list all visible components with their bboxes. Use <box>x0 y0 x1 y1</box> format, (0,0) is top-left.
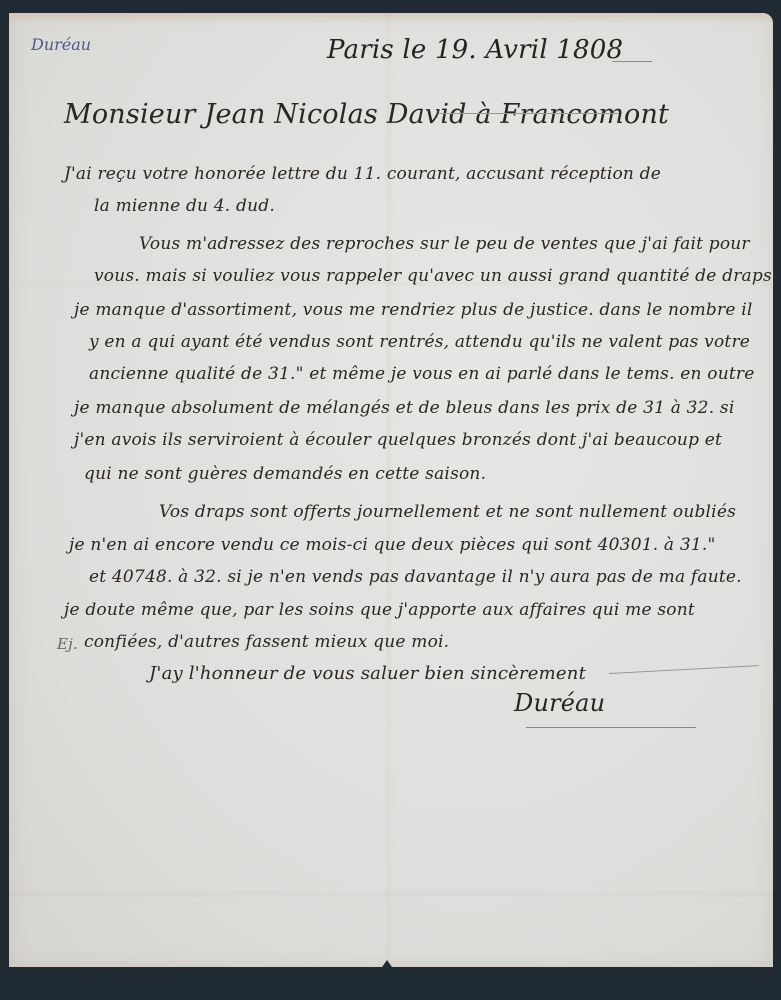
salutation: Monsieur Jean Nicolas David à Francomont <box>64 99 669 130</box>
body-line: je manque absolument de mélangés et de b… <box>74 397 734 419</box>
body-line: la mienne du 4. dud. <box>94 195 275 217</box>
margin-mark: Ej. <box>57 635 78 653</box>
closing-flourish <box>609 665 759 674</box>
dateline: Paris le 19. Avril 1808 <box>327 35 623 65</box>
archive-annotation: Duréau <box>31 35 91 54</box>
body-line: et 40748. à 32. si je n'en vends pas dav… <box>89 566 742 588</box>
body-line: j'en avois ils serviroient à écouler que… <box>74 429 722 451</box>
body-line: vous. mais si vouliez vous rappeler qu'a… <box>94 265 772 287</box>
dateline-underline <box>612 61 652 62</box>
body-line: qui ne sont guères demandés en cette sai… <box>84 463 486 485</box>
body-line: je doute même que, par les soins que j'a… <box>64 599 695 621</box>
body-line: Vous m'adressez des reproches sur le peu… <box>139 233 750 255</box>
body-line: J'ai reçu votre honorée lettre du 11. co… <box>64 163 661 185</box>
signature-underline <box>526 727 696 728</box>
body-line: y en a qui ayant été vendus sont rentrés… <box>89 331 750 353</box>
body-line: je n'en ai encore vendu ce mois-ci que d… <box>69 534 716 556</box>
closing-formula: J'ay l'honneur de vous saluer bien sincè… <box>149 663 586 684</box>
body-line: confiées, d'autres fassent mieux que moi… <box>84 631 449 653</box>
paper-tear <box>380 960 394 970</box>
body-line: Vos draps sont offerts journellement et … <box>159 501 736 523</box>
scan-background: Duréau Paris le 19. Avril 1808 Monsieur … <box>0 0 781 1000</box>
signature: Duréau <box>514 689 605 717</box>
letter-paper: Duréau Paris le 19. Avril 1808 Monsieur … <box>9 13 773 967</box>
body-line: je manque d'assortiment, vous me rendrie… <box>74 299 752 321</box>
salutation-flourish <box>439 113 619 114</box>
body-line: ancienne qualité de 31." et même je vous… <box>89 363 755 385</box>
